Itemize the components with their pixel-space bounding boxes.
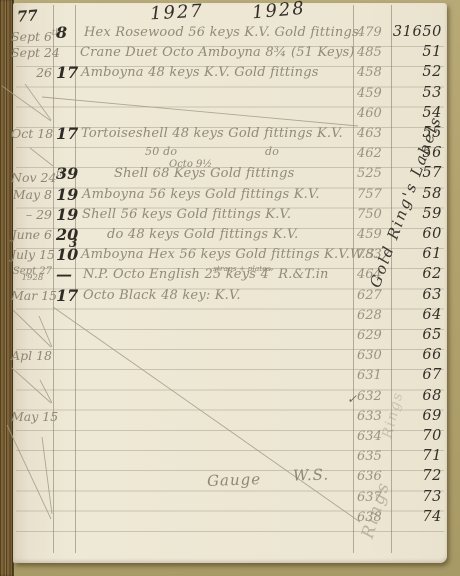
date-cell: Oct 18 xyxy=(11,125,52,143)
description-cell: Tortoiseshell 48 keys Gold fittings K.V. xyxy=(80,125,354,143)
serial-number-cell: 71 xyxy=(390,448,442,465)
description-text: Octo Black 48 key: K.V. xyxy=(80,288,241,303)
ledger-number-cell: 479 xyxy=(357,24,390,42)
ledger-row: Mar 1517Octo Black 48 key: K.V.62763 xyxy=(0,287,460,307)
ledger-number-cell: 485 xyxy=(357,44,390,62)
description-cell: do 48 keys Gold fittings K.V. xyxy=(80,226,354,244)
quantity-cell: 10 xyxy=(56,246,79,263)
ledger-row: 62864 xyxy=(0,307,460,327)
description-text: Amboyna 48 keys K.V. Gold fittings xyxy=(80,65,319,80)
description-cell: Octo Black 48 key: K.V. xyxy=(80,287,354,305)
quantity-cell: 19 xyxy=(56,206,79,223)
ledger-row: 63874 xyxy=(0,509,460,529)
scanned-ledger-photo: { "header": { "page_number": "77", "year… xyxy=(0,0,460,576)
ledger-number-cell: 462 xyxy=(357,145,390,163)
description-text: Crane Duet Octo Amboyna 8¾ (51 Keys) xyxy=(80,45,355,60)
quantity-cell: 17 xyxy=(56,125,79,142)
serial-number-cell: 52 xyxy=(390,64,442,81)
description-cell: Hex Rosewood 56 keys K.V. Gold fittings xyxy=(80,24,354,42)
description-text: N.P. Octo English 25 keys 4″ R.&T.in xyxy=(80,267,329,282)
ledger-number-cell: 635 xyxy=(357,448,390,466)
ledger-number-cell: 757 xyxy=(357,186,390,204)
date-cell: July 15 xyxy=(11,246,52,264)
quantity-cell: 19 xyxy=(56,186,79,203)
footer-gauge-note: Gauge xyxy=(207,470,262,490)
serial-number-cell: 67 xyxy=(390,367,442,384)
description-text: Hex Rosewood 56 keys K.V. Gold fittings xyxy=(80,25,359,40)
ditto-note-right: do xyxy=(265,143,279,161)
ledger-row: May 819Amboyna 56 keys Gold fittings K.V… xyxy=(0,186,460,206)
date-cell: May 8 xyxy=(11,186,52,204)
year-heading-1928: 1928 xyxy=(251,0,306,23)
ledger-number-cell: 627 xyxy=(357,287,390,305)
quantity-cell: 203 xyxy=(56,226,79,243)
checkmark: ✓ xyxy=(347,390,357,408)
description-cell: Amboyna 56 keys Gold fittings K.V. xyxy=(80,186,354,204)
ledger-row: Sept 24Crane Duet Octo Amboyna 8¾ (51 Ke… xyxy=(0,44,460,64)
ledger-row: Sept 6th8Hex Rosewood 56 keys K.V. Gold … xyxy=(0,24,460,44)
ledger-row: Nov 24th39Shell 68 Keys Gold fittingsOct… xyxy=(0,165,460,185)
description-text: do 48 keys Gold fittings K.V. xyxy=(80,227,298,242)
description-cell: Shell 68 Keys Gold fittingsOcto 9½ xyxy=(80,165,354,183)
ledger-number-cell: 459 xyxy=(357,85,390,103)
quantity-cell: 17 xyxy=(56,287,79,304)
serial-number-cell: 63 xyxy=(390,287,442,304)
serial-number-cell: 65 xyxy=(390,327,442,344)
ledger-row: 62965 xyxy=(0,327,460,347)
date-cell: June 6 xyxy=(11,226,52,244)
ledger-row: 50 dodo46256 xyxy=(0,145,460,165)
date-cell: Nov 24th xyxy=(11,165,52,187)
description-text: Amboyna 56 keys Gold fittings K.V. xyxy=(80,187,320,202)
date-cell: Sept 6th xyxy=(11,24,52,46)
date-cell: Mar 15 xyxy=(11,287,52,305)
date-cell: Apl 18 xyxy=(11,347,52,365)
description-cell: N.P. Octo English 25 keys 4″ R.&T.instra… xyxy=(80,266,354,284)
quantity-cell: — xyxy=(56,266,79,283)
quantity-cell: 8 xyxy=(56,24,79,41)
date-year-sub: 1928 xyxy=(13,275,52,282)
date-cell: Sept 24 xyxy=(11,44,52,62)
description-superscript: Octo 9½ xyxy=(169,156,212,174)
description-cell: Shell 56 keys Gold fittings K.V. xyxy=(80,206,354,224)
serial-number-cell: 70 xyxy=(390,428,442,445)
quantity-cell: 17 xyxy=(56,64,79,81)
ledger-number-cell: 632✓ xyxy=(357,388,390,406)
date-with-year: Sept 271928 xyxy=(13,266,52,282)
description-cell: Amboyna 48 keys K.V. Gold fittings xyxy=(80,64,354,82)
ledger-number-cell: 629 xyxy=(357,327,390,345)
description-text: Tortoiseshell 48 keys Gold fittings K.V. xyxy=(80,126,343,141)
ledger-number-cell: 458 xyxy=(357,64,390,82)
ledger-row: 46054 xyxy=(0,105,460,125)
ledger-row: Sept 271928—N.P. Octo English 25 keys 4″… xyxy=(0,266,460,286)
ledger-number-cell: 460 xyxy=(357,105,390,123)
ledger-number-cell: 631 xyxy=(357,367,390,385)
ledger-row: Oct 1817Tortoiseshell 48 keys Gold fitti… xyxy=(0,125,460,145)
serial-number-cell: 64 xyxy=(390,307,442,324)
year-heading-1927: 1927 xyxy=(149,1,204,25)
date-cell: May 15 xyxy=(11,408,52,426)
ledger-row: 2617Amboyna 48 keys K.V. Gold fittings45… xyxy=(0,64,460,84)
serial-number-cell: 62 xyxy=(390,266,442,283)
ledger-number-cell: 750 xyxy=(357,206,390,224)
ledger-number-cell: 463 xyxy=(357,125,390,143)
ledger-number-cell: 628 xyxy=(357,307,390,325)
ledger-row: Apl 1863066 xyxy=(0,347,460,367)
date-cell: – 29 xyxy=(11,206,52,224)
ledger-number-cell: 525 xyxy=(357,165,390,183)
ledger-row: 63571 xyxy=(0,448,460,468)
serial-number-cell: 53 xyxy=(390,85,442,102)
ledger-number-cell: 630 xyxy=(357,347,390,365)
date-cell: Sept 271928 xyxy=(11,266,52,285)
page-number: 77 xyxy=(16,6,38,25)
serial-number-cell: 74 xyxy=(390,509,442,526)
footer-initials: W.S. xyxy=(293,465,330,484)
quantity-cell: 39 xyxy=(56,165,79,182)
serial-number-cell: 31650 xyxy=(390,24,442,41)
serial-number-cell: 73 xyxy=(390,489,442,506)
serial-number-cell: 51 xyxy=(390,44,442,61)
serial-number-cell: 66 xyxy=(390,347,442,364)
ledger-content: 77 1927 1928 Sept 6th8Hex Rosewood 56 ke… xyxy=(0,0,460,576)
ledger-row: 63167 xyxy=(0,367,460,387)
description-interlinear-note: straps + plates xyxy=(213,260,271,278)
description-cell: Crane Duet Octo Amboyna 8¾ (51 Keys) xyxy=(80,44,354,62)
ledger-row: 45953 xyxy=(0,85,460,105)
description-text: Shell 56 keys Gold fittings K.V. xyxy=(80,207,291,222)
date-cell: 26 xyxy=(11,64,52,82)
serial-number-cell: 72 xyxy=(390,468,442,485)
